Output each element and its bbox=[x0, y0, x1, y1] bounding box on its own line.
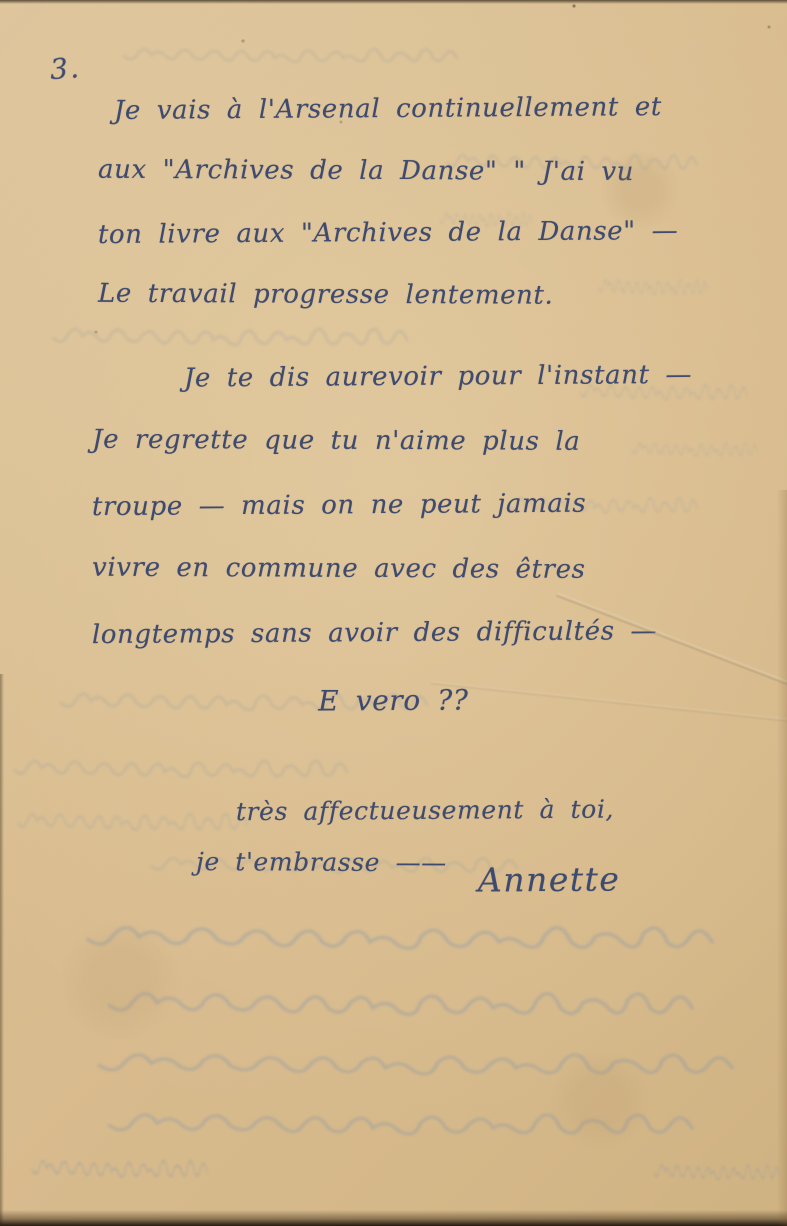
paragraph-farewell: Je te dis aurevoir pour l'instant —Je re… bbox=[92, 362, 692, 682]
letter-line: Je te dis aurevoir pour l'instant — bbox=[92, 360, 693, 428]
letter-line: longtemps sans avoir des difficultés — bbox=[92, 616, 693, 684]
scan-edge-top bbox=[0, 0, 787, 4]
letter-page: 3. Je vais à l'Arsenal continuellement e… bbox=[0, 0, 787, 1226]
letter-line: aux "Archives de la Danse" " J'ai vu bbox=[98, 155, 679, 220]
paragraph-evero: E vero ?? bbox=[0, 684, 787, 746]
letter-line: Le travail progresse lentement. bbox=[98, 279, 679, 344]
letter-line: E vero ?? bbox=[0, 681, 787, 748]
scan-edge-left bbox=[0, 674, 4, 1226]
signature: Annette bbox=[478, 860, 621, 923]
letter-line: Je vais à l'Arsenal continuellement et bbox=[98, 92, 679, 158]
page-number: 3. bbox=[49, 51, 82, 86]
letter-line: Je regrette que tu n'aime plus la bbox=[92, 425, 692, 492]
paragraph-signature: Annette bbox=[478, 860, 620, 922]
scan-edge-right bbox=[777, 490, 787, 1226]
paragraph-opening: Je vais à l'Arsenal continuellement etau… bbox=[98, 94, 678, 342]
letter-line: ton livre aux "Archives de la Danse" — bbox=[98, 216, 679, 282]
letter-line: très affectueusement à toi, bbox=[196, 795, 614, 850]
scan-edge-bottom bbox=[0, 1210, 787, 1226]
letter-line: troupe — mais on ne peut jamais bbox=[92, 488, 693, 556]
